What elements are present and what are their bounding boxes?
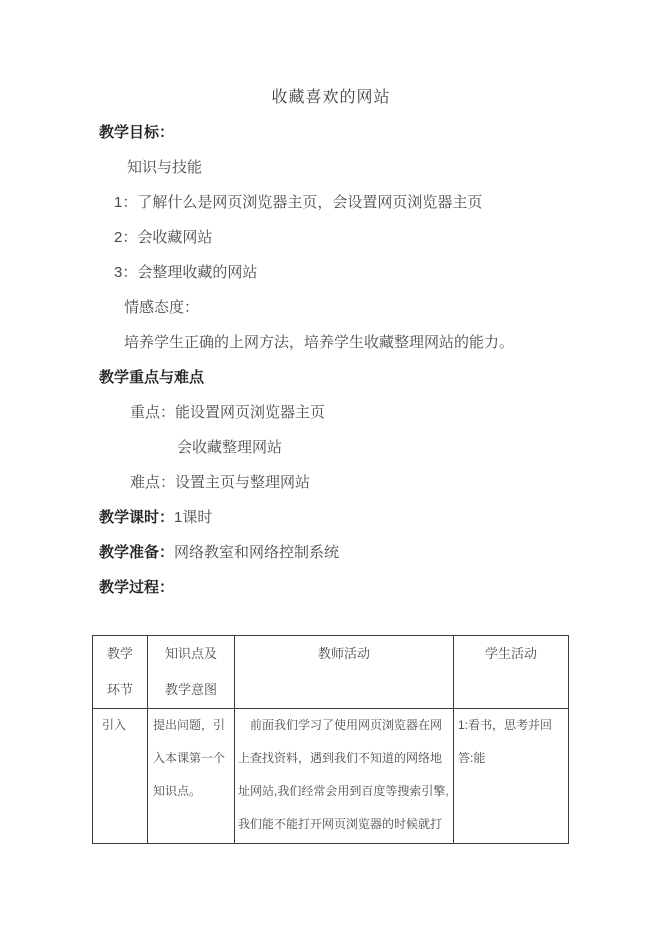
col-header-knowledge-line2: 教学意图	[148, 672, 234, 708]
para-objective-2: 2：会收藏网站	[0, 220, 662, 255]
table-header-row: 教学 环节 知识点及 教学意图 教师活动	[93, 636, 569, 709]
col-header-student: 学生活动	[454, 636, 569, 709]
doc-title: 收藏喜欢的网站	[0, 80, 662, 115]
para-emotion-label: 情感态度：	[0, 290, 662, 325]
cell-stage: 引入	[93, 709, 148, 844]
key-point-label: 重点：	[130, 404, 175, 421]
difficult-point-label: 难点：	[130, 474, 175, 491]
heading-objectives: 教学目标：	[0, 115, 662, 150]
heading-process: 教学过程：	[0, 570, 662, 605]
class-hours-label: 教学课时：	[99, 509, 174, 526]
para-objective-3: 3：会整理收藏的网站	[0, 255, 662, 290]
col-header-teacher-line1: 教师活动	[235, 636, 453, 672]
document-page: 收藏喜欢的网站 教学目标： 知识与技能 1：了解什么是网页浏览器主页，会设置网页…	[0, 0, 662, 936]
col-header-teacher: 教师活动	[235, 636, 454, 709]
col-header-stage: 教学 环节	[93, 636, 148, 709]
para-emotion-desc: 培养学生正确的上网方法，培养学生收藏整理网站的能力。	[0, 325, 662, 360]
cell-knowledge-intent: 提出问题，引入本课第一个知识点。	[148, 709, 235, 844]
cell-teacher-activity: 前面我们学习了使用网页浏览器在网上查找资料，遇到我们不知道的网络地址网站,我们经…	[235, 709, 454, 844]
preparation-value: 网络教室和网络控制系统	[174, 544, 339, 561]
difficult-point-text: 设置主页与整理网站	[175, 474, 310, 491]
col-header-stage-line2: 环节	[93, 672, 147, 708]
col-header-knowledge-line1: 知识点及	[148, 636, 234, 672]
key-point-text: 能设置网页浏览器主页	[175, 404, 325, 421]
heading-keypoints: 教学重点与难点	[0, 360, 662, 395]
para-key-point: 重点：能设置网页浏览器主页	[0, 395, 662, 430]
col-header-stage-line1: 教学	[93, 636, 147, 672]
para-objective-1: 1：了解什么是网页浏览器主页，会设置网页浏览器主页	[0, 185, 662, 220]
para-difficult-point: 难点：设置主页与整理网站	[0, 465, 662, 500]
table-row: 引入 提出问题，引入本课第一个知识点。 前面我们学习了使用网页浏览器在网上查找资…	[93, 709, 569, 844]
para-class-hours: 教学课时：1课时	[0, 500, 662, 535]
cell-student-activity: 1:看书，思考并回答:能	[454, 709, 569, 844]
lesson-plan-table: 教学 环节 知识点及 教学意图 教师活动	[92, 635, 569, 844]
class-hours-value: 1课时	[174, 509, 212, 526]
col-header-knowledge: 知识点及 教学意图	[148, 636, 235, 709]
preparation-label: 教学准备：	[99, 544, 174, 561]
para-key-point-2: 会收藏整理网站	[0, 430, 662, 465]
para-knowledge-skills: 知识与技能	[0, 150, 662, 185]
col-header-student-line1: 学生活动	[454, 636, 568, 672]
para-preparation: 教学准备：网络教室和网络控制系统	[0, 535, 662, 570]
